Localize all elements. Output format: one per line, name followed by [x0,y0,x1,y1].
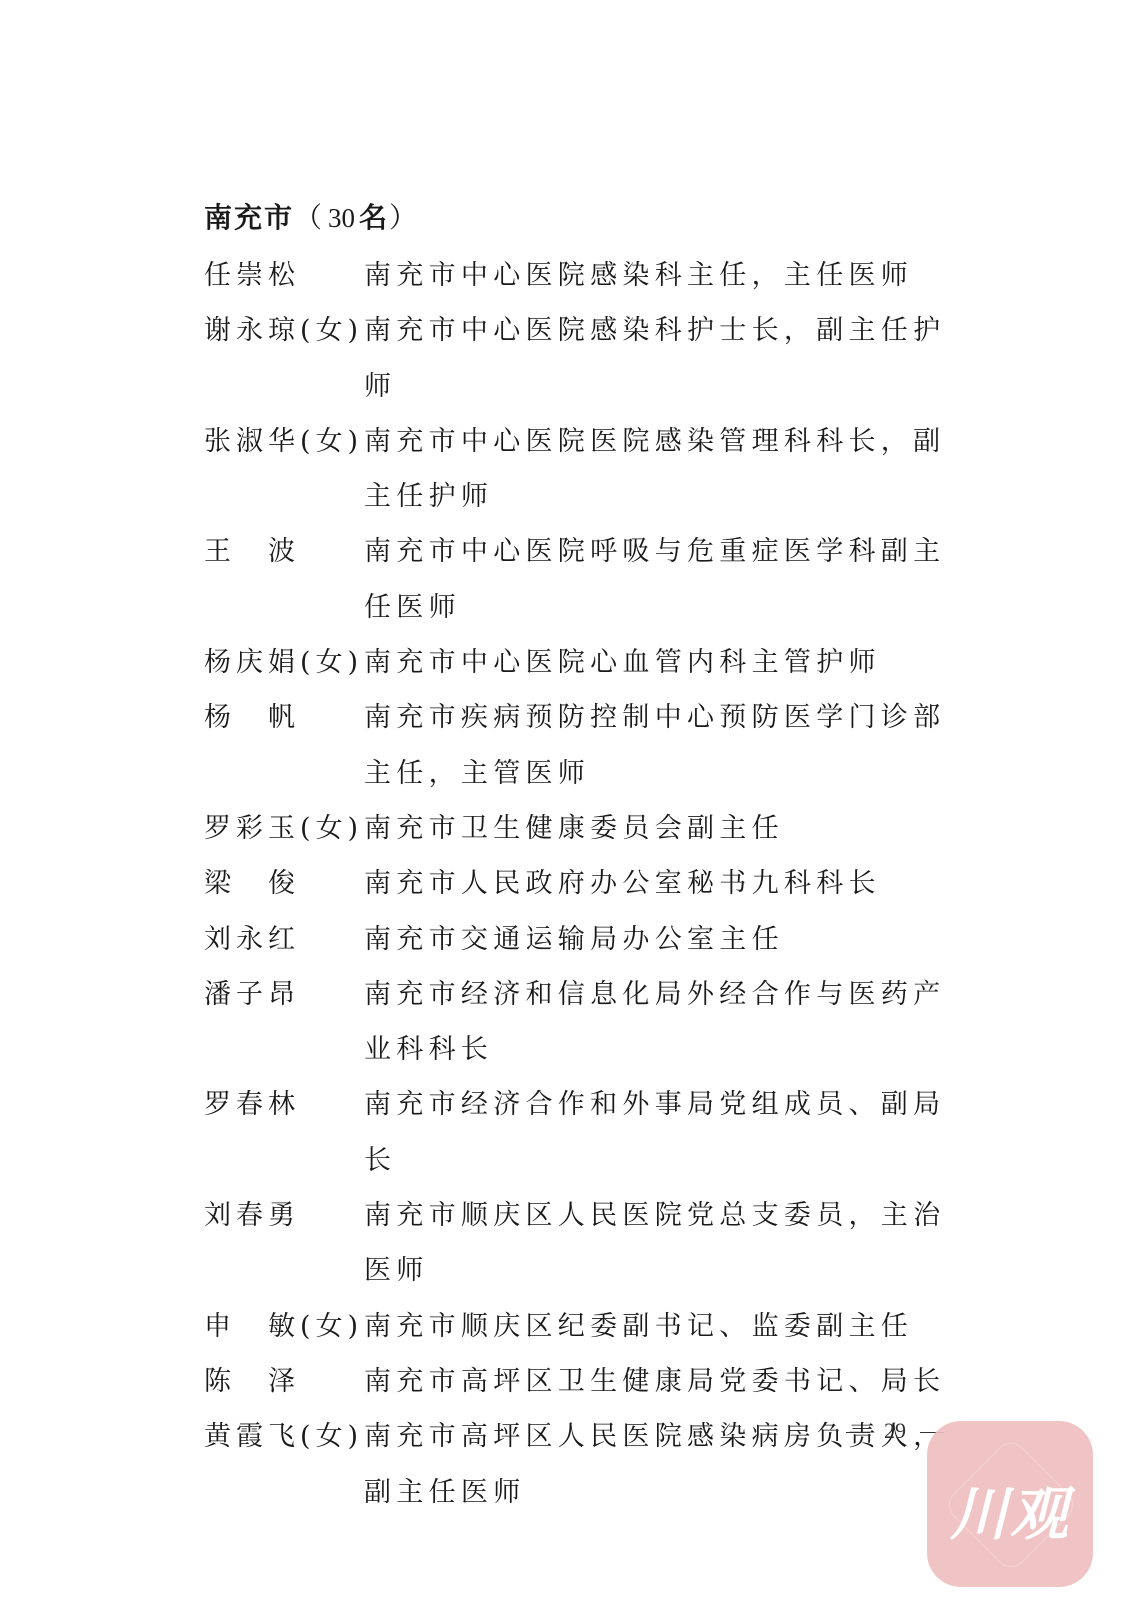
document-page: 南充市（30名） 任崇松 南充市中心医院感染科主任，主任医师 谢永琼(女) 南充… [0,0,1124,1600]
roster-entry: 申敏(女) 南充市顺庆区纪委副书记、监委副主任 [204,1299,974,1354]
person-title: 南充市中心医院感染科护士长，副主任护师 [364,303,974,414]
person-title: 南充市中心医院心血管内科主管护师 [364,635,974,690]
count-unit: 名 [359,201,389,234]
name-given: 帆 [268,702,300,733]
name-given: 波 [268,536,300,567]
person-title: 南充市经济和信息化局外经合作与医药产业科科长 [364,967,974,1078]
name-roster: 任崇松 南充市中心医院感染科主任，主任医师 谢永琼(女) 南充市中心医院感染科护… [204,248,974,1520]
person-title: 南充市中心医院呼吸与危重症医学科副主任医师 [364,524,974,635]
name-given: 敏(女) [268,1311,363,1342]
person-name: 黄霞飞(女) [204,1409,364,1464]
roster-entry: 梁俊 南充市人民政府办公室秘书九科科长 [204,856,974,911]
name-surname: 申 [204,1311,236,1342]
person-name: 张淑华(女) [204,414,364,469]
person-title: 南充市疾病预防控制中心预防医学门诊部主任，主管医师 [364,690,974,801]
person-title: 南充市顺庆区纪委副书记、监委副主任 [364,1299,974,1354]
person-name: 刘春勇 [204,1188,364,1243]
person-title: 南充市交通运输局办公室主任 [364,912,974,967]
person-name: 申敏(女) [204,1299,364,1354]
person-name: 谢永琼(女) [204,303,364,358]
person-name: 刘永红 [204,912,364,967]
name-given: 俊 [268,868,300,899]
person-name: 罗春林 [204,1077,364,1132]
roster-entry: 刘永红 南充市交通运输局办公室主任 [204,912,974,967]
roster-entry: 谢永琼(女) 南充市中心医院感染科护士长，副主任护师 [204,303,974,414]
name-surname: 梁 [204,868,236,899]
person-name: 潘子昂 [204,967,364,1022]
person-title: 南充市中心医院感染科主任，主任医师 [364,248,974,303]
name-surname: 杨 [204,702,236,733]
person-title: 南充市卫生健康委员会副主任 [364,801,974,856]
roster-entry: 潘子昂 南充市经济和信息化局外经合作与医药产业科科长 [204,967,974,1078]
roster-entry: 王波 南充市中心医院呼吸与危重症医学科副主任医师 [204,524,974,635]
roster-entry: 罗彩玉(女) 南充市卫生健康委员会副主任 [204,801,974,856]
roster-entry: 任崇松 南充市中心医院感染科主任，主任医师 [204,248,974,303]
roster-entry: 杨帆 南充市疾病预防控制中心预防医学门诊部主任，主管医师 [204,690,974,801]
roster-entry: 罗春林 南充市经济合作和外事局党组成员、副局长 [204,1077,974,1188]
roster-entry: 杨庆娟(女) 南充市中心医院心血管内科主管护师 [204,635,974,690]
person-title: 南充市高坪区卫生健康局党委书记、局长 [364,1354,974,1409]
name-surname: 陈 [204,1366,236,1397]
roster-entry: 张淑华(女) 南充市中心医院医院感染管理科科长，副主任护师 [204,414,974,525]
page-number-dash-left [846,1432,870,1433]
roster-entry: 陈泽 南充市高坪区卫生健康局党委书记、局长 [204,1354,974,1409]
count-open-paren: （ [294,201,324,234]
person-name: 杨庆娟(女) [204,635,364,690]
person-title: 南充市经济合作和外事局党组成员、副局长 [364,1077,974,1188]
person-name: 梁俊 [204,856,364,911]
name-surname: 王 [204,536,236,567]
city-name: 南充市 [204,201,294,234]
roster-entry: 刘春勇 南充市顺庆区人民医院党总支委员，主治医师 [204,1188,974,1299]
person-name: 王波 [204,524,364,579]
count-number: 30 [328,203,355,233]
watermark-text: 川观 [927,1467,1093,1551]
name-given: 泽 [268,1366,300,1397]
count-close-paren: ） [389,201,419,234]
person-name: 任崇松 [204,248,364,303]
person-name: 陈泽 [204,1354,364,1409]
section-heading: 南充市（30名） [204,196,419,240]
person-title: 南充市中心医院医院感染管理科科长，副主任护师 [364,414,974,525]
person-name: 杨帆 [204,690,364,745]
chuanguan-watermark-logo: 川观 [927,1421,1093,1587]
person-name: 罗彩玉(女) [204,801,364,856]
page-number-value: 29 [884,1418,906,1443]
person-title: 南充市人民政府办公室秘书九科科长 [364,856,974,911]
person-title: 南充市顺庆区人民医院党总支委员，主治医师 [364,1188,974,1299]
